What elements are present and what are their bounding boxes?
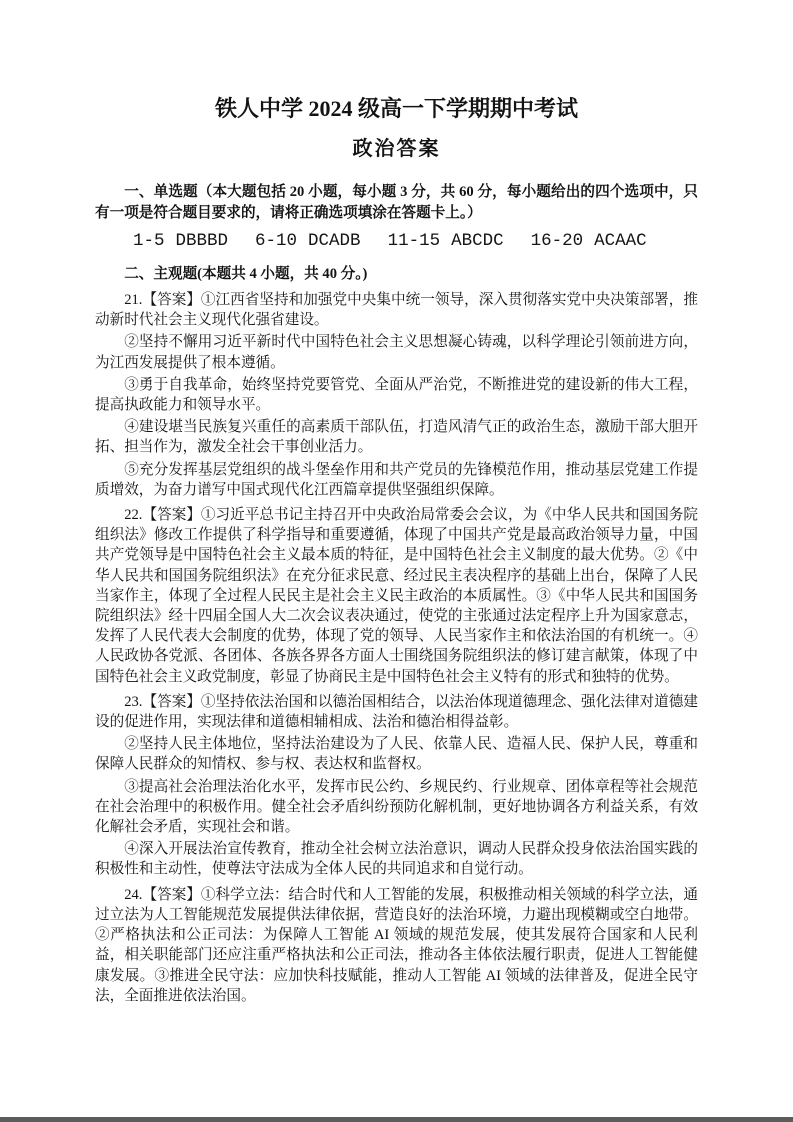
answer-23-point-4: ④深入开展法治宣传教育，推动全社会树立法治意识，调动人民群众投身依法治国实践的积…	[95, 839, 698, 879]
section-heading-subjective: 二、主观题(本题共 4 小题，共 40 分。)	[95, 264, 698, 285]
answer-21-point-2: ②坚持不懈用习近平新时代中国特色社会主义思想凝心铸魂，以科学理论引领前进方向，为…	[95, 332, 698, 372]
answer-22: 22.【答案】①习近平总书记主持召开中央政治局常委会会议，为《中华人民共和国国务…	[95, 505, 698, 687]
answer-24: 24.【答案】①科学立法：结合时代和人工智能的发展，积极推动相关领域的科学立法，…	[95, 885, 698, 1006]
page-title: 铁人中学 2024 级高一下学期期中考试	[95, 94, 698, 124]
mc-answer-group: 16-20ACAAC	[531, 231, 647, 251]
answer-21-point-1: 21.【答案】①江西省坚持和加强党中央集中统一领导，深入贯彻落实党中央决策部署，…	[95, 290, 698, 330]
mc-answer-letters: DCADB	[308, 231, 361, 251]
page-subtitle: 政治答案	[95, 135, 698, 163]
section-heading-multiple-choice: 一、单选题（本大题包括 20 小题，每小题 3 分，共 60 分，每小题给出的四…	[95, 182, 698, 224]
mc-answer-group: 6-10DCADB	[255, 231, 361, 251]
document-content: 铁人中学 2024 级高一下学期期中考试 政治答案 一、单选题（本大题包括 20…	[95, 94, 698, 1006]
window-bottom-edge	[0, 1117, 793, 1122]
multiple-choice-answers: 1-5DBBBD 6-10DCADB 11-15ABCDC 16-20ACAAC	[133, 231, 698, 251]
mc-answer-range: 16-20	[531, 231, 584, 251]
subjective-answers: 21.【答案】①江西省坚持和加强党中央集中统一领导，深入贯彻落实党中央决策部署，…	[95, 290, 698, 1006]
answer-23-point-1: 23.【答案】①坚持依法治国和以德治国相结合，以法治体现道德理念、强化法律对道德…	[95, 692, 698, 732]
mc-answer-range: 11-15	[388, 231, 441, 251]
answer-23-point-2: ②坚持人民主体地位，坚持法治建设为了人民、依靠人民、造福人民、保护人民，尊重和保…	[95, 734, 698, 774]
mc-answer-range: 1-5	[133, 231, 165, 251]
mc-answer-group: 11-15ABCDC	[388, 231, 504, 251]
document-page: 铁人中学 2024 级高一下学期期中考试 政治答案 一、单选题（本大题包括 20…	[0, 0, 793, 1122]
answer-21-point-4: ④建设堪当民族复兴重任的高素质干部队伍，打造风清气正的政治生态，激励干部大胆开拓…	[95, 417, 698, 457]
answer-23-point-3: ③提高社会治理法治化水平，发挥市民公约、乡规民约、行业规章、团体章程等社会规范在…	[95, 777, 698, 838]
answer-21-point-5: ⑤充分发挥基层党组织的战斗堡垒作用和共产党员的先锋模范作用，推动基层党建工作提质…	[95, 460, 698, 500]
mc-answer-range: 6-10	[255, 231, 297, 251]
mc-answer-letters: DBBBD	[176, 231, 229, 251]
mc-answer-group: 1-5DBBBD	[133, 231, 228, 251]
answer-21-point-3: ③勇于自我革命，始终坚持党要管党、全面从严治党，不断推进党的建设新的伟大工程，提…	[95, 375, 698, 415]
mc-answer-letters: ACAAC	[594, 231, 647, 251]
mc-answer-letters: ABCDC	[451, 231, 504, 251]
